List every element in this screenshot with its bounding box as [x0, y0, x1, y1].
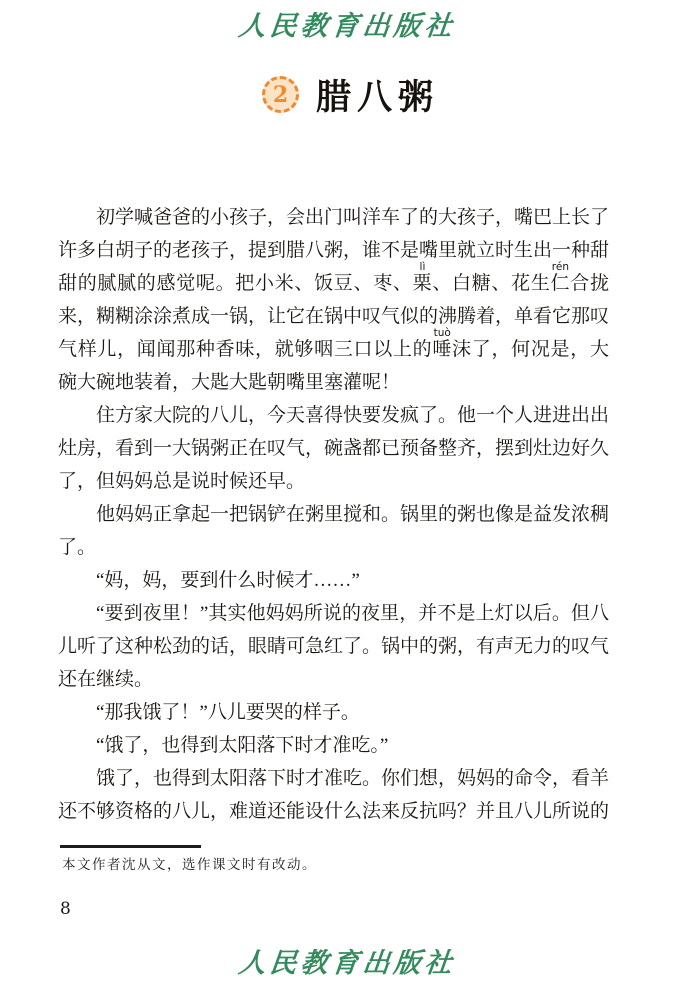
- pinyin-annotated-char: tuò唾: [432, 339, 452, 360]
- paragraph: 住方家大院的八儿，今天喜得快要发疯了。他一个人进进出出灶房，看到一大锅粥正在叹气…: [58, 399, 609, 498]
- paragraph: 初学喊爸爸的小孩子，会出门叫洋车了的大孩子，嘴巴上长了许多白胡子的老孩子，提到腊…: [58, 201, 609, 399]
- publisher-logo-top: 人民教育出版社: [0, 4, 695, 43]
- footnote-text: 本文作者沈从文，选作课文时有改动。: [62, 853, 317, 873]
- lesson-number: 2: [273, 84, 288, 106]
- paragraph: “饿了，也得到太阳落下时才准吃。”: [58, 729, 609, 762]
- lesson-title: 腊八粥: [316, 70, 439, 120]
- paragraph: 他妈妈正拿起一把锅铲在粥里搅和。锅里的粥也像是益发浓稠了。: [58, 498, 609, 564]
- pinyin-label: tuò: [434, 328, 451, 339]
- pinyin-annotated-char: lì栗: [413, 273, 433, 294]
- pinyin-label: lì: [420, 262, 426, 273]
- paragraph: 饿了，也得到太阳落下时才准吃。你们想，妈妈的命令，看羊还不够资格的八儿，难道还能…: [58, 762, 609, 828]
- lesson-body: 初学喊爸爸的小孩子，会出门叫洋车了的大孩子，嘴巴上长了许多白胡子的老孩子，提到腊…: [58, 201, 609, 828]
- footnote-divider: [60, 845, 201, 848]
- paragraph: “妈，妈，要到什么时候才……”: [58, 564, 609, 597]
- textbook-page: 人民教育出版社 2 腊八粥 初学喊爸爸的小孩子，会出门叫洋车了的大孩子，嘴巴上长…: [0, 0, 695, 983]
- publisher-logo-bottom: 人民教育出版社: [0, 941, 695, 980]
- pinyin-label: rén: [552, 262, 569, 273]
- paragraph: “要到夜里！”其实他妈妈所说的夜里，并不是上灯以后。但八儿听了这种松劲的话，眼睛…: [58, 597, 609, 696]
- pinyin-annotated-char: rén仁: [551, 273, 571, 294]
- lesson-number-badge: 2: [262, 76, 299, 113]
- page-number: 8: [60, 899, 71, 919]
- paragraph: “那我饿了！”八儿要哭的样子。: [58, 696, 609, 729]
